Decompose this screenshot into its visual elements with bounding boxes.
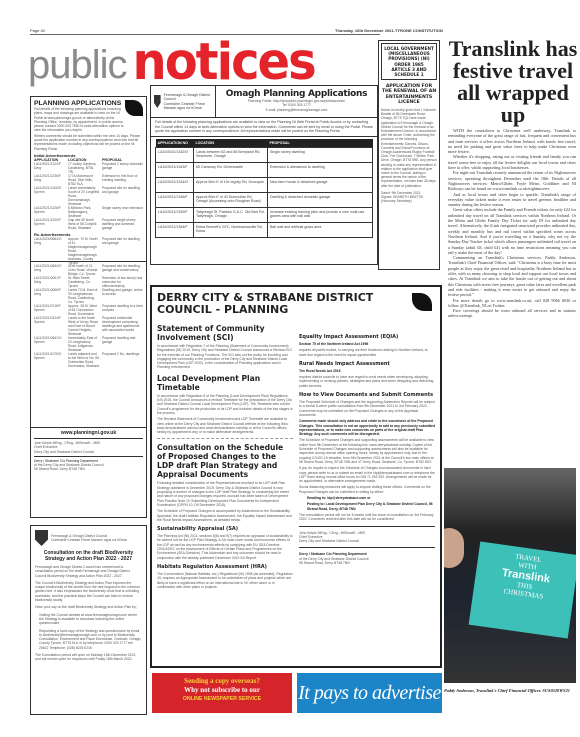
omagh-intro: Full details of the following planning a… (151, 118, 377, 137)
cell-prop: New farm house & detached garage (268, 177, 373, 192)
ad-line-3: ONLINE NEWSPAPER SERVICE (152, 695, 292, 703)
council-name-irish: Comhairle Ceantair Fhear Manach agus na … (51, 538, 127, 542)
ldp-body-2: The Revised Statement of Community Invol… (157, 417, 293, 434)
planning-table-readvert: LA11/2020/0684/O DergApprox. 70 M. North… (34, 237, 143, 265)
article-paragraph: Commenting on Translink's Christmas serv… (448, 255, 576, 297)
omagh-email[interactable]: E-mail: planning@fermanaghomagh.com (216, 108, 377, 112)
table-row-prop: Proposed site for dwelling, garage and c… (102, 264, 143, 276)
council-crest-icon (154, 95, 161, 108)
consultation-body: Following detailed consideration of the … (157, 481, 293, 507)
licence-subheading: APPLICATION FOR THE RENEWAL OF AN ENTERT… (381, 84, 437, 105)
advertise-ad[interactable]: It pays to advertise (297, 673, 442, 713)
closing-text: The consultation period will run for 8 w… (299, 513, 435, 522)
derry-strabane-logo-icon (125, 100, 143, 116)
table-row-app: LA11/2021/1075/O Sperrin (34, 352, 66, 368)
masthead: public notices (28, 34, 315, 78)
hra-body: The Conservation (Natural Habitats, etc.… (157, 572, 293, 589)
subscribe-ad[interactable]: Sending a copy overseas? Why not subscri… (152, 673, 292, 713)
licence-body: Notice is hereby given that I, Kenneth B… (381, 108, 437, 188)
cell-prop: Ball wall and artificial grass area (268, 222, 373, 237)
biodiversity-p3: Have your say on the draft Biodiversity … (35, 605, 142, 609)
ad-line-1: Sending a copy overseas? (152, 677, 292, 686)
table-row-app: LA11/2021/1228/F Sperrin (34, 206, 66, 218)
cell-prop: Single storey dwelling (268, 147, 373, 162)
biodiversity-consultation-box: Fermanagh & Omagh District Council Comha… (30, 525, 147, 715)
planning-intro: Full details of the following planning a… (34, 107, 125, 133)
biodiversity-p4: The Consultation period will open on Mon… (35, 653, 142, 662)
table-row-app: LA11/2021/0661/O Sperrin (34, 336, 66, 352)
table-row-loc: ADM North of 21 Crew Road, Victoria Brid… (68, 264, 100, 276)
sa-heading: Sustainability Appraisal (SA) (157, 526, 293, 532)
sci-body: In accordance with Regulation 7 of the P… (157, 344, 293, 370)
planning-website-link[interactable]: www.planningni.gov.uk (34, 430, 143, 439)
council-name-irish: Comhairle Ceantair Fhear Manach agus na … (164, 102, 212, 111)
table-row-loc: Immediately East of 22 Leaghvanny Road, … (68, 336, 100, 352)
table-row-loc: 17 Liskey Gardens, Castlederg, BT81 7RL (68, 162, 100, 174)
eqia-heading: Equality Impact Assessment (EQIA) (299, 334, 435, 340)
cell-loc: Approx 50m E of 19c Ieguily Rd, Drumquin (194, 177, 268, 192)
page-number: Page 40 (30, 28, 45, 33)
table-row-loc: 61 Main Street, Castlederg, Co. Tyrone (68, 276, 100, 288)
derry-title: DERRY CITY & STRABANE DISTRICT COUNCIL -… (157, 292, 407, 316)
cell-prop: Extension & alterations to dwelling (268, 162, 373, 177)
article-paragraph: For more details go to www.translink.co.… (448, 298, 576, 309)
view-body-3: If you do require to inspect the Schedul… (299, 466, 435, 483)
table-row-app: LA11/2020/0684/O Derg (34, 237, 66, 265)
bullet-post: Posting to: Local Development Plan Derry… (299, 502, 435, 511)
address-line-3: 98 Strand Road, Derry BT48 7NN (34, 467, 143, 471)
planning-applications-box: PLANNING APPLICATIONS Full details of th… (30, 96, 147, 262)
cell-app: LA10/2021/1346/F (156, 192, 194, 207)
omagh-title: Omagh Planning Applications (216, 89, 377, 99)
translink-photo: TRAVEL WITH Translink THIS CHRISTMAS (444, 468, 576, 683)
ldp-heading: Local Development Plan Timetable (157, 374, 293, 392)
rural-heading: Rural Needs Impact Assessment (299, 361, 435, 367)
entertainments-licence-notice: LOCAL GOVERNMENT (MISCELLANEOUS PROVISIO… (378, 40, 440, 270)
masthead-public: public (28, 43, 127, 88)
cell-app: LA10/2021/1349/F (156, 207, 194, 222)
table-row-app: LA11/2021/1220/F Sperrin (34, 218, 66, 230)
table-row-loc: Lands to the North West of Urney Road an… (68, 316, 100, 336)
photo-caption: Paddy Anderson, Translink's Chief Financ… (444, 688, 578, 693)
licence-legal-heading: LOCAL GOVERNMENT (MISCELLANEOUS PROVISIO… (381, 43, 437, 80)
table-row-app: LA11/2021/0066/F Derg (34, 288, 66, 304)
sci-heading: Statement of Community Involvement (SCI) (157, 324, 293, 342)
cell-prop: Dwelling & detached domestic garage (268, 192, 373, 207)
table-row: LA10/2021/1346/FApprox 50m E of 43 Dunmu… (156, 192, 373, 207)
translink-article: WITH the countdown to Christmas well und… (448, 128, 576, 319)
biodiversity-p1: Fermanagh and Omagh District Council has… (35, 565, 142, 578)
derry-column-left: Statement of Community Involvement (SCI)… (157, 320, 293, 589)
col-location: LOCATION (194, 139, 268, 148)
person-figure (444, 528, 464, 568)
article-paragraph: And as local towns and cities begin to s… (448, 192, 576, 208)
view-bold: Comments made should only address and re… (299, 419, 435, 436)
table-row-app: LA11/2021/0061/F Derg (34, 276, 66, 288)
biodiversity-bullet-2: Requesting a hard copy of the Strategy a… (35, 629, 142, 650)
cell-loc: Approx 50m E of 43 Dunmullan Rd, Omagh (… (194, 192, 268, 207)
col-proposal: PROPOSAL (268, 139, 373, 148)
table-row-prop: Extension to first floor of existing dwe… (102, 174, 143, 186)
article-paragraph: Whether it's shopping, eating out or vis… (448, 154, 576, 170)
cell-loc: Tattyreagh St. Patricks G.A.C. Old Barr … (194, 207, 268, 222)
planning-table-initial: APPLICATION LOCATION PROPOSAL LA11/2021/… (34, 158, 143, 230)
eqia-body: requires all public bodies, in carrying … (299, 348, 435, 357)
table-row-app: LA11/2021/0124/F Sperrin (34, 316, 66, 336)
table-row-app: LA11/2021/1236/F Derg (34, 174, 66, 186)
sa-body: The Planning Act (NI) 2011, sections 8(6… (157, 534, 293, 560)
table-row-prop: Proposed dwelling to a farm complex (102, 304, 143, 316)
table-row-loc: Approx. 70 M. North of 41 Magheranageera… (68, 237, 100, 265)
table-row-prop: Proposed residential development compris… (102, 316, 143, 336)
table-row-prop: Proposed 2 storey domestic garage (102, 162, 143, 174)
consultation-body-2: The Schedule of Proposed Changes is acco… (157, 509, 293, 522)
article-paragraph: WITH the countdown to Christmas well und… (448, 128, 576, 154)
table-row-app: LA11/2021/0718/F Sperrin (34, 304, 66, 316)
cell-app: LA10/2021/1343/F (156, 162, 194, 177)
table-row-prop: Proposed dwelling and garage (102, 336, 143, 352)
signatory-council: Derry City and Strabane District Council (34, 450, 143, 454)
dateline: Thursday, 16th December 2021-TYRONE CONS… (335, 28, 443, 33)
table-row-loc: 8 Milltown Park, Ballymagorry, Strabane (68, 206, 100, 218)
table-row-prop: Single storey rear extension (102, 206, 143, 218)
council-name: Fermanagh & Omagh District Council (164, 93, 212, 102)
biodiversity-bullet-1: Visiting the Council website at www.ferm… (35, 613, 142, 626)
rural-sub: The Rural Needs Act 2016 (299, 369, 435, 373)
table-row-prop: Proposed 2 No. dwellings (102, 352, 143, 368)
col-application-no: APPLICATION NO (156, 139, 194, 148)
planning-title: PLANNING APPLICATIONS (34, 100, 125, 107)
table-row: LA10/2021/1343/F65 Camcosy Rd, Greencast… (156, 162, 373, 177)
ldp-body: In accordance with Regulation 8 of the P… (157, 394, 293, 415)
planning-readvert-continued: LA11/2021/0654/O DergADM North of 21 Cre… (30, 262, 147, 428)
article-paragraph: For night-out Translink recently announc… (448, 170, 576, 191)
view-body: The Proposed Schedule of Changes and the… (299, 400, 435, 417)
table-row-prop: Proposed single storey dwelling and dome… (102, 218, 143, 230)
masthead-notices: notices (133, 33, 315, 92)
signatory-council: Derry City and Strabane District Council (299, 539, 435, 543)
biodiversity-p2: The Council's Biodiversity Strategy and … (35, 581, 142, 602)
table-row-loc: Lands 70 M. East of 30 Leaghvannan Road,… (68, 288, 100, 304)
table-row-loc: 177A Mainmount Road, Sion Mills, BT82 9L… (68, 174, 100, 186)
table-row-app: LA11/2021/1100/O Sperrin (34, 186, 66, 206)
derry-column-right: Equality Impact Assessment (EQIA) Sectio… (299, 320, 435, 589)
table-row-loc: Approx. 28 M. West of 64 Concession Road… (68, 304, 100, 316)
table-row: LA10/2021/1349/FTattyreagh St. Patricks … (156, 207, 373, 222)
omagh-applications-table: APPLICATION NO LOCATION PROPOSAL LA10/20… (155, 139, 373, 238)
derry-strabane-planning-box: DERRY CITY & STRABANE DISTRICT COUNCIL -… (150, 285, 442, 668)
rural-body: requires district councils to have due r… (299, 375, 435, 388)
ad-line-2: Why not subscribe to our (152, 686, 292, 695)
table-row: LA10/2021/1344/OApprox 50m E of 19c Iegu… (156, 177, 373, 192)
table-row-prop: Proposed site for dwelling and garage (102, 186, 143, 206)
table-row-loc: Gap site 50 North West of 58 Curlyhill R… (68, 218, 100, 230)
table-row-loc: Lands immediately South of 20 Longfield … (68, 186, 100, 206)
consultation-heading: Consultation on the Schedule of Proposed… (157, 443, 293, 479)
omagh-council-logo: Fermanagh & Omagh District Council Comha… (151, 86, 216, 117)
table-row-prop: Proposed site for dwelling and garage (102, 237, 143, 265)
cell-loc: 65 Camcosy Rd, Greencastle (194, 162, 268, 177)
eqia-sub: Section 75 of the Northern Ireland Act 1… (299, 342, 435, 346)
cell-app: LA10/2021/1342/O (156, 147, 194, 162)
council-crest-icon (35, 530, 48, 546)
table-row-prop: Retention of two storey rear extension f… (102, 276, 143, 288)
table-row-app: LA11/2021/1223/F Derg (34, 162, 66, 174)
planning-footer: www.planningni.gov.uk John Kelpie MEng.,… (30, 428, 147, 518)
address-line-3: 98 Strand Road, Derry BT48 7NN (299, 561, 435, 565)
biodiversity-title: Consultation on the draft Biodiversity S… (35, 550, 142, 562)
view-body-4: Social distancing measures will apply to… (299, 485, 435, 494)
table-row-loc: Lands adjacent and to the West of No. 65… (68, 352, 100, 368)
hra-heading: Habitats Regulation Assessment (HRA) (157, 564, 293, 570)
article-paragraph: Face coverings should be worn onboard al… (448, 308, 576, 319)
licence-role: (Honorary Secretary) (381, 199, 437, 203)
table-row-prop: Dwelling and garage, works to access (102, 288, 143, 304)
view-heading: How to View Documents and Submit Comment… (299, 392, 435, 398)
article-paragraph: Great value offers include the Family an… (448, 207, 576, 255)
cell-app: LA10/2021/1344/O (156, 177, 194, 192)
table-row: LA10/2021/1342/OLands between 82 and 86 … (156, 147, 373, 162)
table-row: LA10/2021/1364/FEdwa Emmett's GFC, Newto… (156, 222, 373, 237)
table-row-app: LA11/2021/0654/O Derg (34, 264, 66, 276)
derry-strabane-logo-icon (412, 293, 432, 311)
planning-intro-2: Written comments should be submitted wit… (34, 134, 143, 151)
view-body-2: The Schedule of Proposed Changes and sup… (299, 438, 435, 464)
translink-headline: Translink has festive travel all wrapped… (448, 38, 578, 126)
bullet-email: Emailing to: ldp@derrystrabane.com or (299, 496, 435, 500)
omagh-planning-box: Fermanagh & Omagh District Council Comha… (150, 85, 378, 265)
cell-loc: Edwa Emmett's GFC, Newtownsaville Rd, Ed… (194, 222, 268, 237)
cell-prop: Increase existing training pitch and pro… (268, 207, 373, 222)
cell-app: LA10/2021/1364/F (156, 222, 194, 237)
cell-loc: Lands between 82 and 86 Berryland Rd, Se… (194, 147, 268, 162)
translink-sign: TRAVEL WITH Translink THIS CHRISTMAS (469, 541, 576, 638)
